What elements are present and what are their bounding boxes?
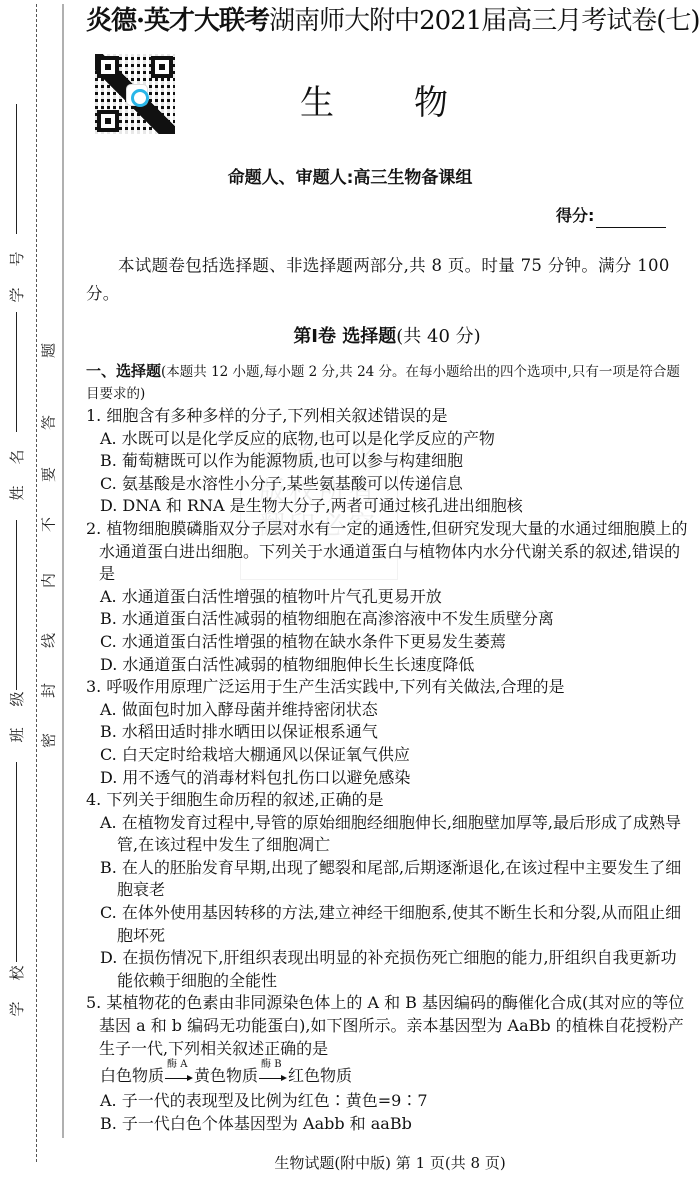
qr-code-icon[interactable] [93, 52, 177, 136]
exam-content: 本试题卷包括选择题、非选择题两部分,共 8 页。时量 75 分钟。满分 100 … [86, 252, 688, 1135]
question-stem: 2. 植物细胞膜磷脂双分子层对水有一定的通透性,但研究发现大量的水通过细胞膜上的… [86, 518, 688, 586]
option-c[interactable]: C. 水通道蛋白活性增强的植物在缺水条件下更易发生萎蔫 [86, 631, 688, 654]
option-a[interactable]: A. 子一代的表现型及比例为红色∶黄色=9∶7 [86, 1090, 688, 1113]
question-stem: 4. 下列关于细胞生命历程的叙述,正确的是 [86, 789, 688, 812]
exam-brand: 炎德·英才大联考 [86, 6, 269, 36]
class-label-char: 班 [8, 726, 26, 744]
question-5: 5. 某植物花的色素由非同源染色体上的 A 和 B 基因编码的酶催化合成(其对应… [86, 992, 688, 1135]
class-field-line[interactable] [16, 520, 17, 690]
name-field-line[interactable] [16, 312, 17, 432]
pathway-white: 白色物质 [100, 1066, 164, 1085]
qr-finder-icon [151, 56, 173, 78]
pigment-pathway-diagram: 白色物质酶 A黄色物质酶 B红色物质 [86, 1062, 688, 1090]
section-instructions: 一、选择题(本题共 12 小题,每小题 2 分,共 24 分。在每小题给出的四个… [86, 360, 688, 405]
section-title: 第Ⅰ卷 选择题(共 40 分) [86, 324, 688, 350]
instructions-text: (本题共 12 小题,每小题 2 分,共 24 分。在每小题给出的四个选项中,只… [86, 364, 680, 402]
pathway-red: 红色物质 [288, 1066, 352, 1085]
score-label: 得分: [556, 206, 594, 225]
exam-title-rest: 湖南师大附中2021届高三月考试卷(七) [269, 6, 699, 36]
app-logo-icon [126, 84, 148, 106]
name-label-char: 姓 [8, 484, 26, 502]
exam-intro: 本试题卷包括选择题、非选择题两部分,共 8 页。时量 75 分钟。满分 100 … [86, 252, 688, 308]
section-title-points: (共 40 分) [396, 326, 480, 347]
seal-char: 线 [38, 631, 59, 651]
exam-title: 炎德·英才大联考湖南师大附中2021届高三月考试卷(七) [86, 4, 696, 38]
authors-text: 命题人、审题人:高三生物备课组 [228, 168, 473, 188]
option-b[interactable]: B. 子一代白色个体基因型为 Aabb 和 aaBb [86, 1113, 688, 1136]
option-d[interactable]: D. 用不透气的消毒材料包扎伤口以避免感染 [86, 767, 688, 790]
question-stem: 5. 某植物花的色素由非同源染色体上的 A 和 B 基因编码的酶催化合成(其对应… [86, 992, 688, 1060]
option-c[interactable]: C. 在体外使用基因转移的方法,建立神经干细胞系,使其不断生长和分裂,从而阻止细… [86, 902, 688, 947]
option-a[interactable]: A. 水通道蛋白活性增强的植物叶片气孔更易开放 [86, 586, 688, 609]
option-b[interactable]: B. 葡萄糖既可以作为能源物质,也可以参与构建细胞 [86, 450, 688, 473]
seal-char: 封 [38, 681, 59, 701]
seal-char: 不 [38, 515, 59, 535]
qr-finder-icon [97, 56, 119, 78]
class-label-char: 级 [8, 690, 26, 708]
seal-char: 内 [38, 571, 59, 591]
school-field-line[interactable] [16, 762, 17, 962]
option-a[interactable]: A. 做面包时加入酵母菌并维持密闭状态 [86, 699, 688, 722]
seal-char: 题 [38, 341, 59, 361]
qr-finder-icon [97, 110, 119, 132]
question-4: 4. 下列关于细胞生命历程的叙述,正确的是 A. 在植物发育过程中,导管的原始细… [86, 789, 688, 992]
score-field: 得分: [556, 204, 666, 228]
question-stem: 1. 细胞含有多种多样的分子,下列相关叙述错误的是 [86, 405, 688, 428]
section-title-main: 第Ⅰ卷 选择题 [293, 326, 396, 347]
page-footer: 生物试题(附中版) 第 1 页(共 8 页) [0, 1152, 700, 1174]
score-input-line[interactable] [596, 210, 666, 228]
option-a[interactable]: A. 在植物发育过程中,导管的原始细胞经细胞伸长,细胞壁加厚等,最后形成了成熟导… [86, 812, 688, 857]
arrow-right-icon: 酶 A [165, 1070, 193, 1084]
student-id-label-char: 学 [8, 286, 26, 304]
enzyme-a-label: 酶 A [167, 1059, 187, 1071]
question-1: 1. 细胞含有多种多样的分子,下列相关叙述错误的是 A. 水既可以是化学反应的底… [86, 405, 688, 518]
option-a[interactable]: A. 水既可以是化学反应的底物,也可以是化学反应的产物 [86, 428, 688, 451]
option-b[interactable]: B. 水稻田适时排水晒田以保证根系通气 [86, 721, 688, 744]
name-label-char: 名 [8, 448, 26, 466]
seal-char: 密 [38, 731, 59, 751]
question-3: 3. 呼吸作用原理广泛运用于生产生活实践中,下列有关做法,合理的是 A. 做面包… [86, 676, 688, 789]
school-label-char: 学 [8, 1000, 26, 1018]
option-d[interactable]: D. 在损伤情况下,肝组织表现出明显的补充损伤死亡细胞的能力,肝组织自我更新功能… [86, 947, 688, 992]
arrow-right-icon: 酶 B [259, 1070, 287, 1084]
subject-title: 生物 [300, 80, 528, 126]
option-d[interactable]: D. DNA 和 RNA 是生物大分子,两者可通过核孔进出细胞核 [86, 495, 688, 518]
enzyme-b-label: 酶 B [261, 1059, 282, 1071]
pathway-yellow: 黄色物质 [194, 1066, 258, 1085]
seal-char: 要 [38, 465, 59, 485]
option-c[interactable]: C. 白天定时给栽培大棚通风以保证氧气供应 [86, 744, 688, 767]
option-d[interactable]: D. 水通道蛋白活性减弱的植物细胞伸长生长速度降低 [86, 654, 688, 677]
school-label-char: 校 [8, 964, 26, 982]
option-b[interactable]: B. 水通道蛋白活性减弱的植物细胞在高渗溶液中不发生质壁分离 [86, 608, 688, 631]
question-2: 2. 植物细胞膜磷脂双分子层对水有一定的通透性,但研究发现大量的水通过细胞膜上的… [86, 518, 688, 676]
authors-line: 命题人、审题人:高三生物备课组 [0, 165, 700, 191]
seal-char: 答 [38, 413, 59, 433]
instructions-label: 一、选择题 [86, 362, 161, 380]
question-stem: 3. 呼吸作用原理广泛运用于生产生活实践中,下列有关做法,合理的是 [86, 676, 688, 699]
student-id-label-char: 号 [8, 250, 26, 268]
option-b[interactable]: B. 在人的胚胎发育早期,出现了鳃裂和尾部,后期逐渐退化,在该过程中主要发生了细… [86, 857, 688, 902]
option-c[interactable]: C. 氨基酸是水溶性小分子,某些氨基酸可以传递信息 [86, 473, 688, 496]
